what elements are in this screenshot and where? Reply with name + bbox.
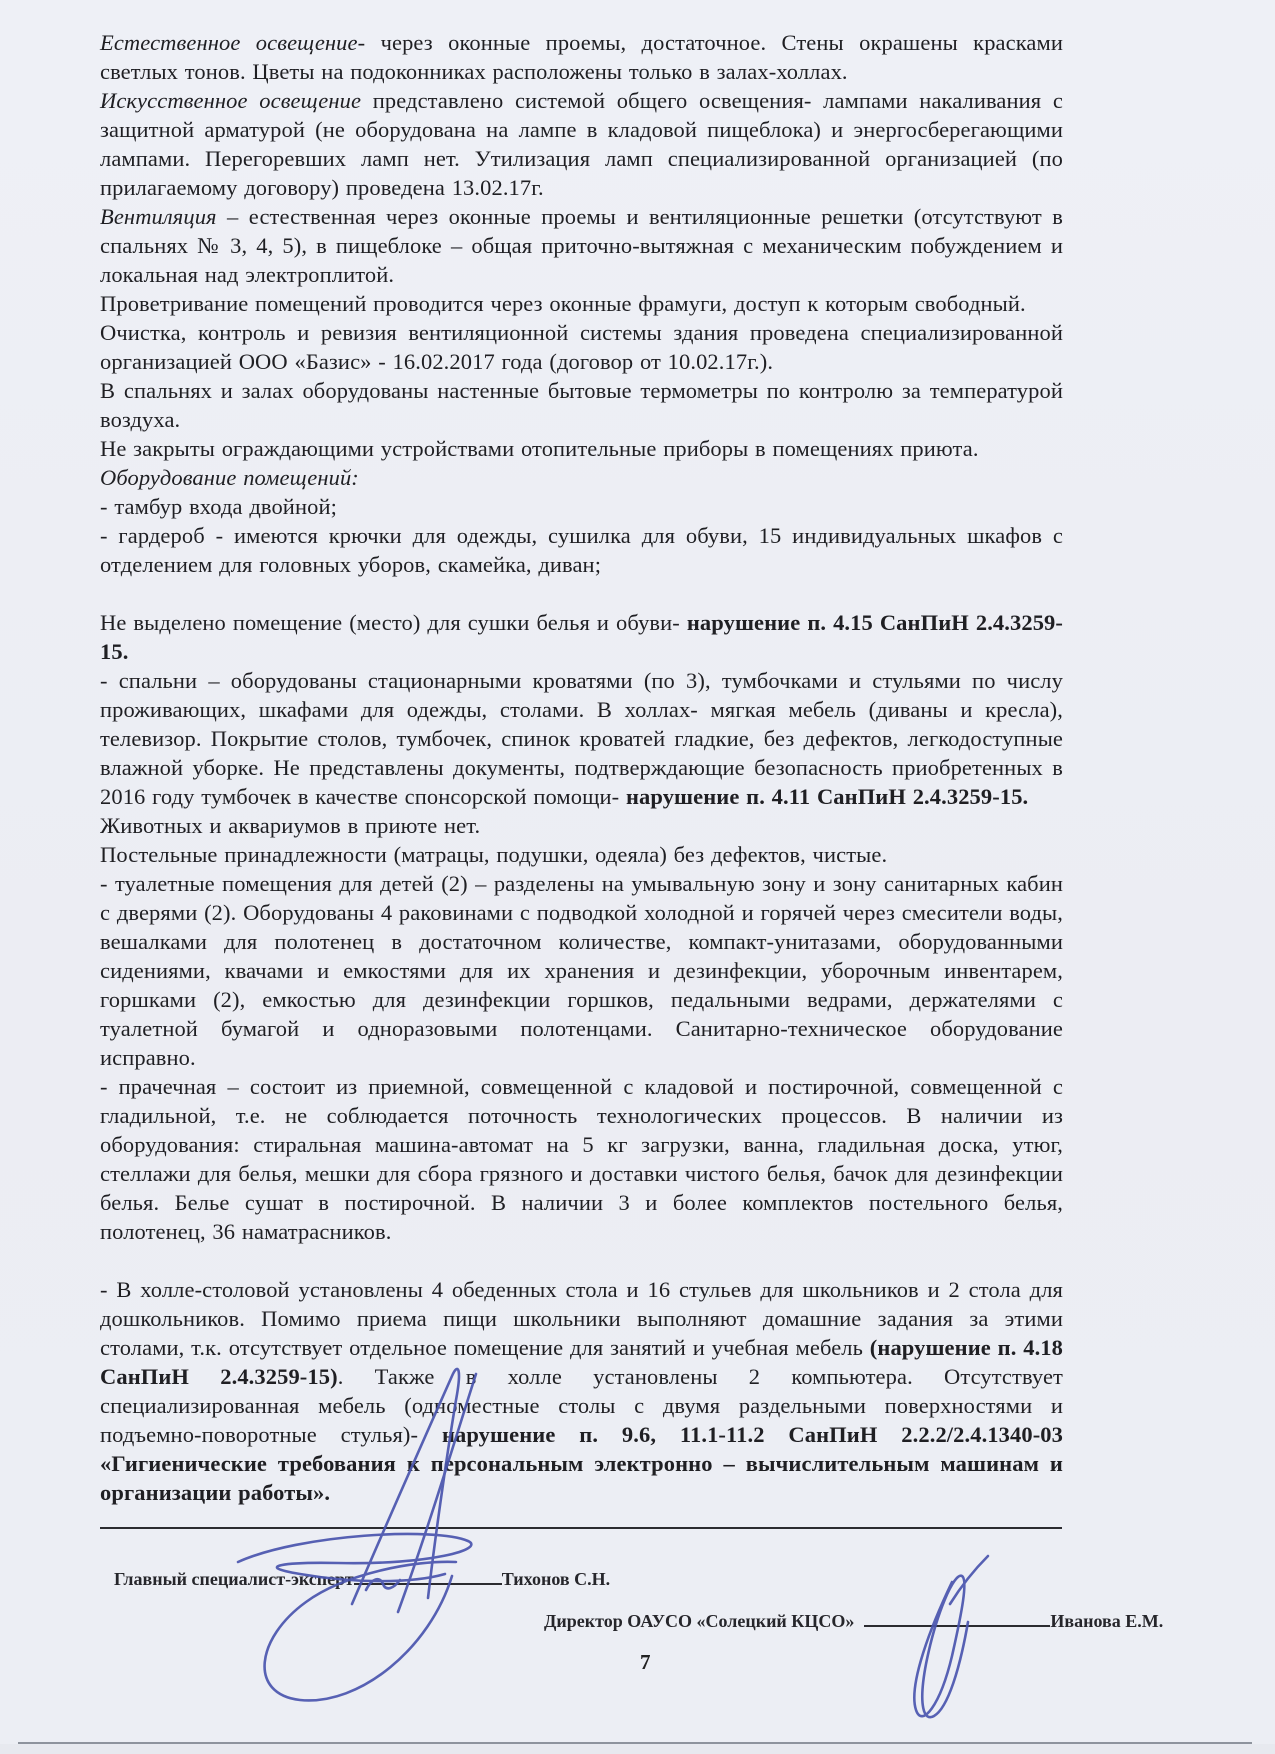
text-run: Не выделено помещение (место) для сушки …: [100, 610, 687, 635]
page-number: 7: [640, 1650, 651, 1675]
paragraph: Оборудование помещений:: [100, 463, 1063, 492]
signature-separator-line: [100, 1527, 1062, 1529]
text-run: – естественная через оконные проемы и ве…: [100, 204, 1063, 287]
director-signature-ink: [914, 1556, 988, 1717]
paragraph: Не закрыты ограждающими устройствами ото…: [100, 434, 1063, 463]
text-run: - тамбур входа двойной;: [100, 494, 337, 519]
text-run: Постельные принадлежности (матрацы, поду…: [100, 842, 887, 867]
text-run: Проветривание помещений проводится через…: [100, 291, 1026, 316]
paragraph: Постельные принадлежности (матрацы, поду…: [100, 840, 1063, 869]
paragraph: - тамбур входа двойной;: [100, 492, 1063, 521]
text-run: Вентиляция: [100, 204, 217, 229]
paragraph: - спальни – оборудованы стационарными кр…: [100, 666, 1063, 811]
paragraph: - гардероб - имеются крючки для одежды, …: [100, 521, 1063, 579]
paragraph: Очистка, контроль и ревизия вентиляционн…: [100, 318, 1063, 376]
paragraph: Искусственное освещение представлено сис…: [100, 86, 1063, 202]
text-run: Не закрыты ограждающими устройствами ото…: [100, 436, 979, 461]
document-page: Естественное освещение- через оконные пр…: [0, 0, 1275, 1754]
text-run: нарушение п. 4.11 СанПиН 2.4.3259-15.: [626, 784, 1028, 809]
text-run: Животных и аквариумов в приюте нет.: [100, 813, 480, 838]
paragraph: В спальнях и залах оборудованы настенные…: [100, 376, 1063, 434]
expert-name: Тихонов С.Н.: [502, 1569, 610, 1589]
document-body: Естественное освещение- через оконные пр…: [100, 28, 1063, 1507]
text-run: Искусственное освещение: [100, 88, 361, 113]
text-run: Естественное освещение: [100, 30, 358, 55]
text-run: - гардероб - имеются крючки для одежды, …: [100, 523, 1063, 577]
text-run: - прачечная – состоит из приемной, совме…: [100, 1074, 1063, 1244]
paragraph: Животных и аквариумов в приюте нет.: [100, 811, 1063, 840]
expert-signature-line: [354, 1569, 502, 1585]
text-run: - туалетные помещения для детей (2) – ра…: [100, 871, 1063, 1070]
expert-title-label: Главный специалист-эксперт: [114, 1569, 354, 1589]
director-name: Иванова Е.М.: [1050, 1611, 1163, 1631]
paragraph: Естественное освещение- через оконные пр…: [100, 28, 1063, 86]
text-run: В спальнях и залах оборудованы настенные…: [100, 378, 1063, 432]
paragraph: Вентиляция – естественная через оконные …: [100, 202, 1063, 289]
scan-edge-margin: [0, 1744, 1275, 1754]
text-run: Очистка, контроль и ревизия вентиляционн…: [100, 320, 1063, 374]
director-title-label: Директор ОАУСО «Солецкий КЦСО»: [544, 1611, 854, 1631]
text-run: Оборудование помещений:: [100, 465, 359, 490]
expert-signature-row: Главный специалист-экспертТихонов С.Н.: [114, 1569, 610, 1590]
paragraph: - В холле-столовой установлены 4 обеденн…: [100, 1275, 1063, 1507]
paragraph: - туалетные помещения для детей (2) – ра…: [100, 869, 1063, 1072]
paragraph: Не выделено помещение (место) для сушки …: [100, 608, 1063, 666]
director-signature-row: Директор ОАУСО «Солецкий КЦСО»Иванова Е.…: [544, 1611, 1163, 1632]
director-signature-line: [864, 1611, 1050, 1627]
paragraph: - прачечная – состоит из приемной, совме…: [100, 1072, 1063, 1246]
paragraph: Проветривание помещений проводится через…: [100, 289, 1063, 318]
